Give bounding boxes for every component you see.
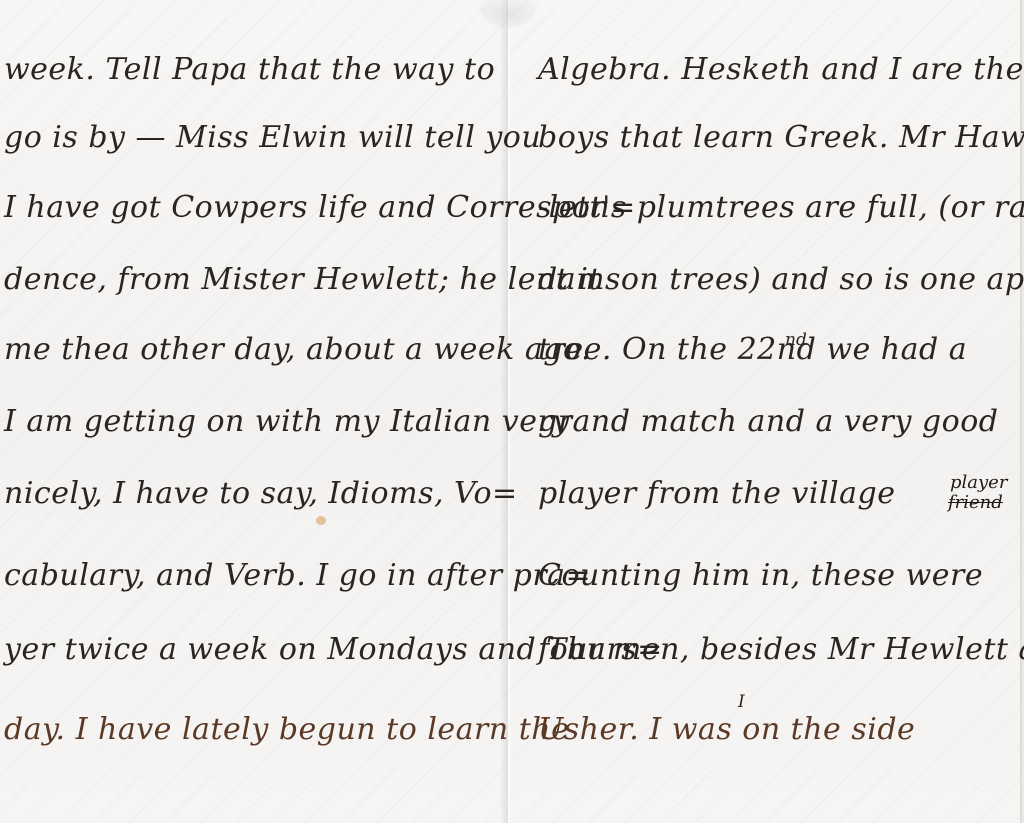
line-3-right: -lett's plumtrees are full, (or rather: [538, 190, 1024, 225]
line-10-left: day. I have lately begun to learn the: [4, 712, 569, 747]
line-8-left: cabulary, and Verb. I go in after pra=: [4, 558, 591, 593]
line-2-right: boys that learn Greek. Mr Haw=: [538, 120, 1024, 155]
line-6-right: grand match and a very good: [538, 404, 998, 439]
letter-page: week. Tell Papa that the way to Algebra.…: [0, 0, 1024, 823]
seal-mark: [478, 0, 538, 28]
line-1-right: Algebra. Hesketh and I are the only: [538, 52, 1024, 87]
line-7-right: player from the village: [538, 476, 896, 511]
letter-line-10: day. I have lately begun to learn the Us…: [0, 712, 1024, 772]
margin-insert-player: player: [950, 474, 1007, 492]
letter-line-7: nicely, I have to say, Idioms, Vo= playe…: [0, 476, 1024, 536]
letter-line-1: week. Tell Papa that the way to Algebra.…: [0, 52, 1024, 112]
line-4-right: damson trees) and so is one apple=: [538, 262, 1024, 297]
line-9-right: four men, besides Mr Hewlett and: [538, 632, 1024, 667]
line-8-right: Counting him in, these were: [538, 558, 983, 593]
line-2-left: go is by — Miss Elwin will tell you: [4, 120, 541, 155]
letter-line-5: me thea other day, about a week ago. tre…: [0, 332, 1024, 392]
line-1-left: week. Tell Papa that the way to: [4, 52, 495, 87]
letter-line-8: cabulary, and Verb. I go in after pra= C…: [0, 558, 1024, 618]
line-5-right: tree. On the 22nd we had a: [538, 332, 967, 367]
superscript-nd: nd: [785, 330, 807, 350]
letter-line-9: yer twice a week on Mondays and Thurs= f…: [0, 632, 1024, 692]
insert-above-line-10: I: [738, 692, 745, 712]
margin-struck-friend: friend: [948, 494, 1003, 512]
line-10-right: Usher. I was on the side: [538, 712, 915, 747]
letter-line-4: dence, from Mister Hewlett; he lent it d…: [0, 262, 1024, 322]
letter-line-3: I have got Cowpers life and Correspon= -…: [0, 190, 1024, 250]
line-4-left: dence, from Mister Hewlett; he lent it: [4, 262, 601, 297]
letter-line-6: I am getting on with my Italian very gra…: [0, 404, 1024, 464]
line-5-left: me thea other day, about a week ago.: [4, 332, 591, 367]
line-7-left: nicely, I have to say, Idioms, Vo=: [4, 476, 518, 511]
letter-line-2: go is by — Miss Elwin will tell you boys…: [0, 120, 1024, 180]
line-6-left: I am getting on with my Italian very: [4, 404, 570, 439]
